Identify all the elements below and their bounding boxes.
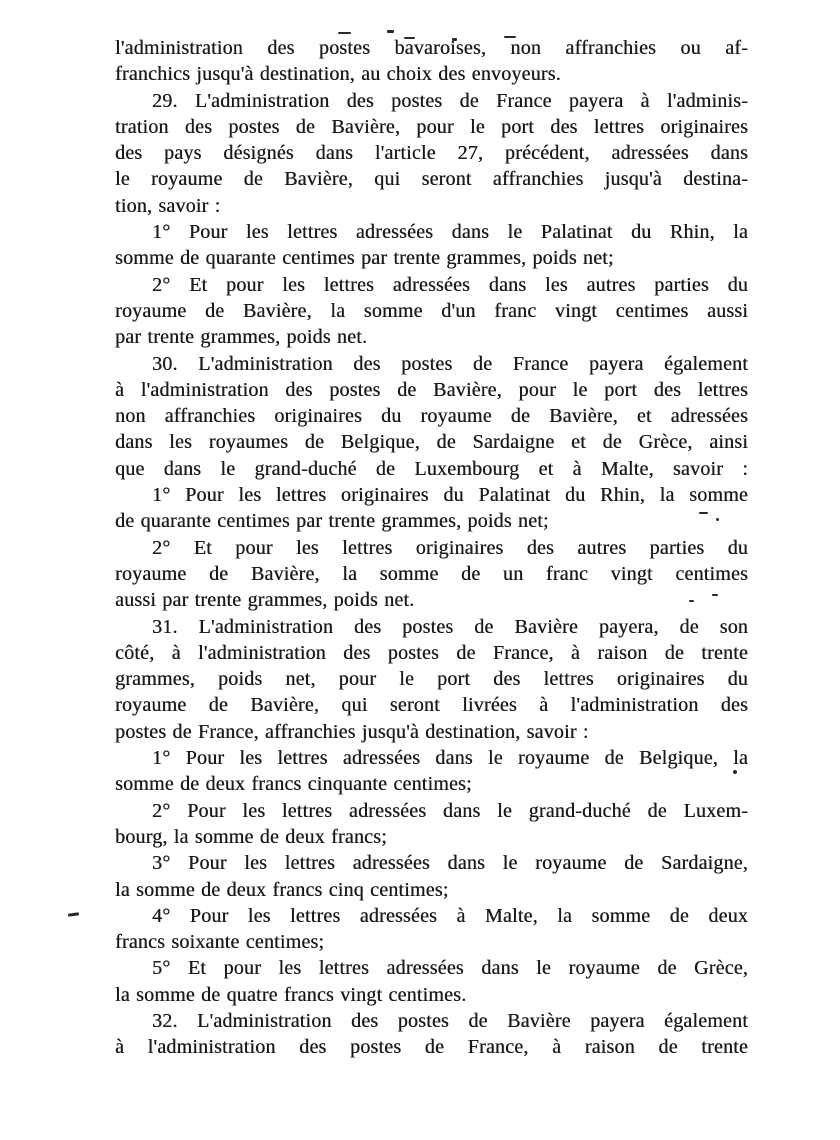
text-line: francs soixante centimes; <box>115 929 748 955</box>
text-line: 1° Pour les lettres originaires du Palat… <box>115 482 748 508</box>
text-line: 3° Pour les lettres adressées dans le ro… <box>115 850 748 876</box>
text-line: 30. L'administration des postes de Franc… <box>115 351 748 377</box>
ink-speck <box>338 32 351 34</box>
text-line: 1° Pour les lettres adressées dans le Pa… <box>115 219 748 245</box>
text-line: royaume de Bavière, la somme d'un franc … <box>115 298 748 324</box>
text-line: de quarante centimes par trente grammes,… <box>115 508 748 534</box>
ink-speck <box>387 30 394 33</box>
text-line: franchics jusqu'à destination, au choix … <box>115 61 748 87</box>
text-line: côté, à l'administration des postes de F… <box>115 640 748 666</box>
text-line: bourg, la somme de deux francs; <box>115 824 748 850</box>
ink-speck <box>733 770 737 774</box>
text-line: 29. L'administration des postes de Franc… <box>115 88 748 114</box>
ink-speck <box>404 37 415 39</box>
text-line: la somme de deux francs cinq centimes; <box>115 877 748 903</box>
text-line: l'administration des postes bavaroises, … <box>115 35 748 61</box>
text-line: aussi par trente grammes, poids net. <box>115 587 748 613</box>
text-line: que dans le grand-duché de Luxembourg et… <box>115 456 748 482</box>
text-line: à l'administration des postes de Bavière… <box>115 377 748 403</box>
text-line: dans les royaumes de Belgique, de Sardai… <box>115 429 748 455</box>
scanned-page: l'administration des postes bavaroises, … <box>0 0 840 1140</box>
ink-speck <box>68 912 79 917</box>
text-line: 2° Pour les lettres adressées dans le gr… <box>115 798 748 824</box>
text-line: 32. L'administration des postes de Baviè… <box>115 1008 748 1034</box>
ink-speck <box>716 518 719 521</box>
text-line: somme de quarante centimes par trente gr… <box>115 245 748 271</box>
text-line: à l'administration des postes de France,… <box>115 1034 748 1060</box>
ink-speck <box>452 38 457 41</box>
text-line: 2° Et pour les lettres originaires des a… <box>115 535 748 561</box>
text-line: royaume de Bavière, qui seront livrées à… <box>115 692 748 718</box>
text-line: 5° Et pour les lettres adressées dans le… <box>115 955 748 981</box>
text-line: non affranchies originaires du royaume d… <box>115 403 748 429</box>
text-line: tion, savoir : <box>115 193 748 219</box>
text-line: 1° Pour les lettres adressées dans le ro… <box>115 745 748 771</box>
ink-speck <box>689 600 694 602</box>
text-line: grammes, poids net, pour le port des let… <box>115 666 748 692</box>
text-line: le royaume de Bavière, qui seront affran… <box>115 166 748 192</box>
text-line: 31. L'administration des postes de Baviè… <box>115 614 748 640</box>
text-block: l'administration des postes bavaroises, … <box>115 35 748 1061</box>
ink-speck <box>712 594 718 596</box>
ink-speck <box>504 36 516 38</box>
text-line: royaume de Bavière, la somme de un franc… <box>115 561 748 587</box>
text-line: par trente grammes, poids net. <box>115 324 748 350</box>
text-line: 2° Et pour les lettres adressées dans le… <box>115 272 748 298</box>
ink-speck <box>699 512 708 514</box>
text-line: 4° Pour les lettres adressées à Malte, l… <box>115 903 748 929</box>
text-line: somme de deux francs cinquante centimes; <box>115 771 748 797</box>
text-line: la somme de quatre francs vingt centimes… <box>115 982 748 1008</box>
text-line: postes de France, affranchies jusqu'à de… <box>115 719 748 745</box>
text-line: tration des postes de Bavière, pour le p… <box>115 114 748 140</box>
text-line: des pays désignés dans l'article 27, pré… <box>115 140 748 166</box>
